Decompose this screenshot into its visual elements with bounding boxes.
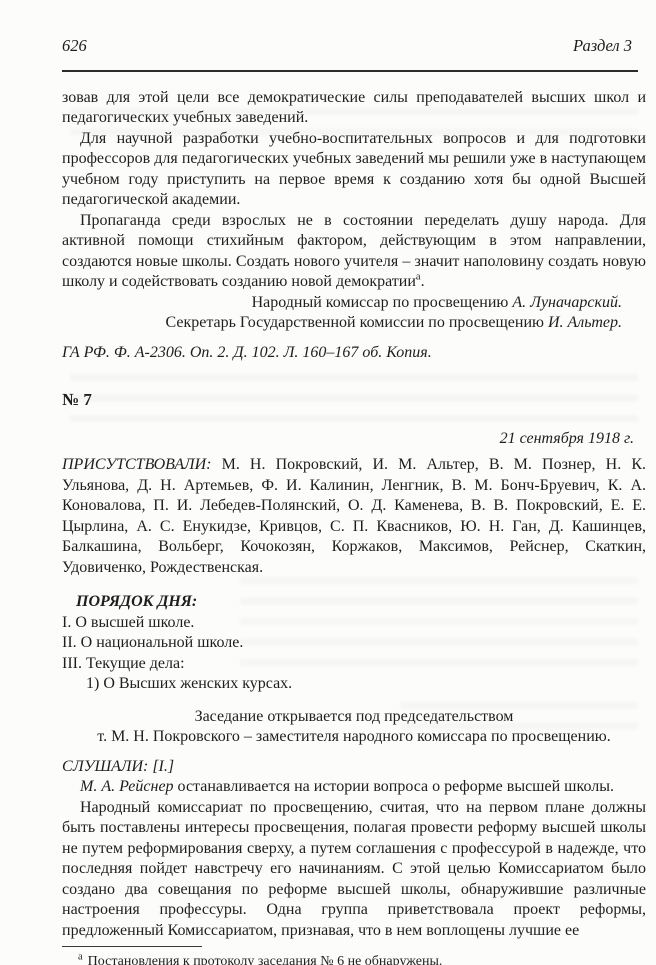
signature-secretary: Секретарь Государственной комиссии по пр… [62,313,646,334]
signature-commissar-name: А. Луначарский. [512,294,622,311]
signature-secretary-role: Секретарь Государственной комиссии по пр… [165,314,548,331]
paragraph-academy: Для научной разработки учебно-воспитател… [62,129,646,211]
attendees-list: М. Н. Покровский, И. М. Альтер, В. М. По… [62,456,646,576]
agenda-item-1: I. О высшей школе. [62,613,646,634]
footnote-body: Постановления к протоколу заседания № 6 … [88,954,443,965]
footnote-marker: а [78,951,83,962]
agenda-subitem-1: 1) О Высших женских курсах. [62,674,646,695]
attendees-paragraph: ПРИСУТСТВОВАЛИ: М. Н. Покровский, И. М. … [62,455,646,578]
paragraph-propaganda: Пропаганда среди взрослых не в состоянии… [62,211,646,293]
agenda-item-2: II. О национальной школе. [62,633,646,654]
document-number: № 7 [62,390,646,411]
scanned-document-page: 626 Раздел 3 зовав для этой цели все дем… [0,0,656,965]
footnote-block: аПостановления к протоколу заседания № 6… [62,946,646,965]
speaker-line: М. А. Рейснер останавливается на истории… [62,777,646,798]
archive-reference: ГА РФ. Ф. А-2306. Оп. 2. Д. 102. Л. 160–… [62,343,646,364]
attendees-label: ПРИСУТСТВОВАЛИ: [62,456,212,473]
session-opening-line1: Заседание открывается под председательст… [62,707,646,728]
session-opening-line2: т. М. Н. Покровского – заместителя народ… [62,727,646,748]
document-date: 21 сентября 1918 г. [62,429,646,450]
section-title: Раздел 3 [573,36,646,57]
paragraph-propaganda-period: . [421,273,425,290]
agenda-item-3: III. Текущие дела: [62,654,646,675]
signature-secretary-name: И. Альтер. [548,314,622,331]
signature-commissar: Народный комиссар по просвещению А. Луна… [62,293,646,314]
page-number: 626 [62,36,87,57]
speaker-name: М. А. Рейснер [80,778,174,795]
body-paragraph: Народный комиссариат по просвещению, счи… [62,798,646,942]
heard-heading: СЛУШАЛИ: [I.] [62,757,646,778]
agenda-heading: ПОРЯДОК ДНЯ: [62,592,646,613]
header-rule [62,70,638,72]
paragraph-propaganda-text: Пропаганда среди взрослых не в состоянии… [62,212,646,291]
footnote-text: аПостановления к протоколу заседания № 6… [62,952,646,965]
signature-commissar-role: Народный комиссар по просвещению [252,294,513,311]
speaker-statement: останавливается на истории вопроса о реф… [174,778,614,795]
paragraph-continuation: зовав для этой цели все демократические … [62,88,646,129]
running-header: 626 Раздел 3 [62,36,646,57]
session-opening: Заседание открывается под председательст… [62,707,646,748]
footnote-rule [62,946,202,947]
